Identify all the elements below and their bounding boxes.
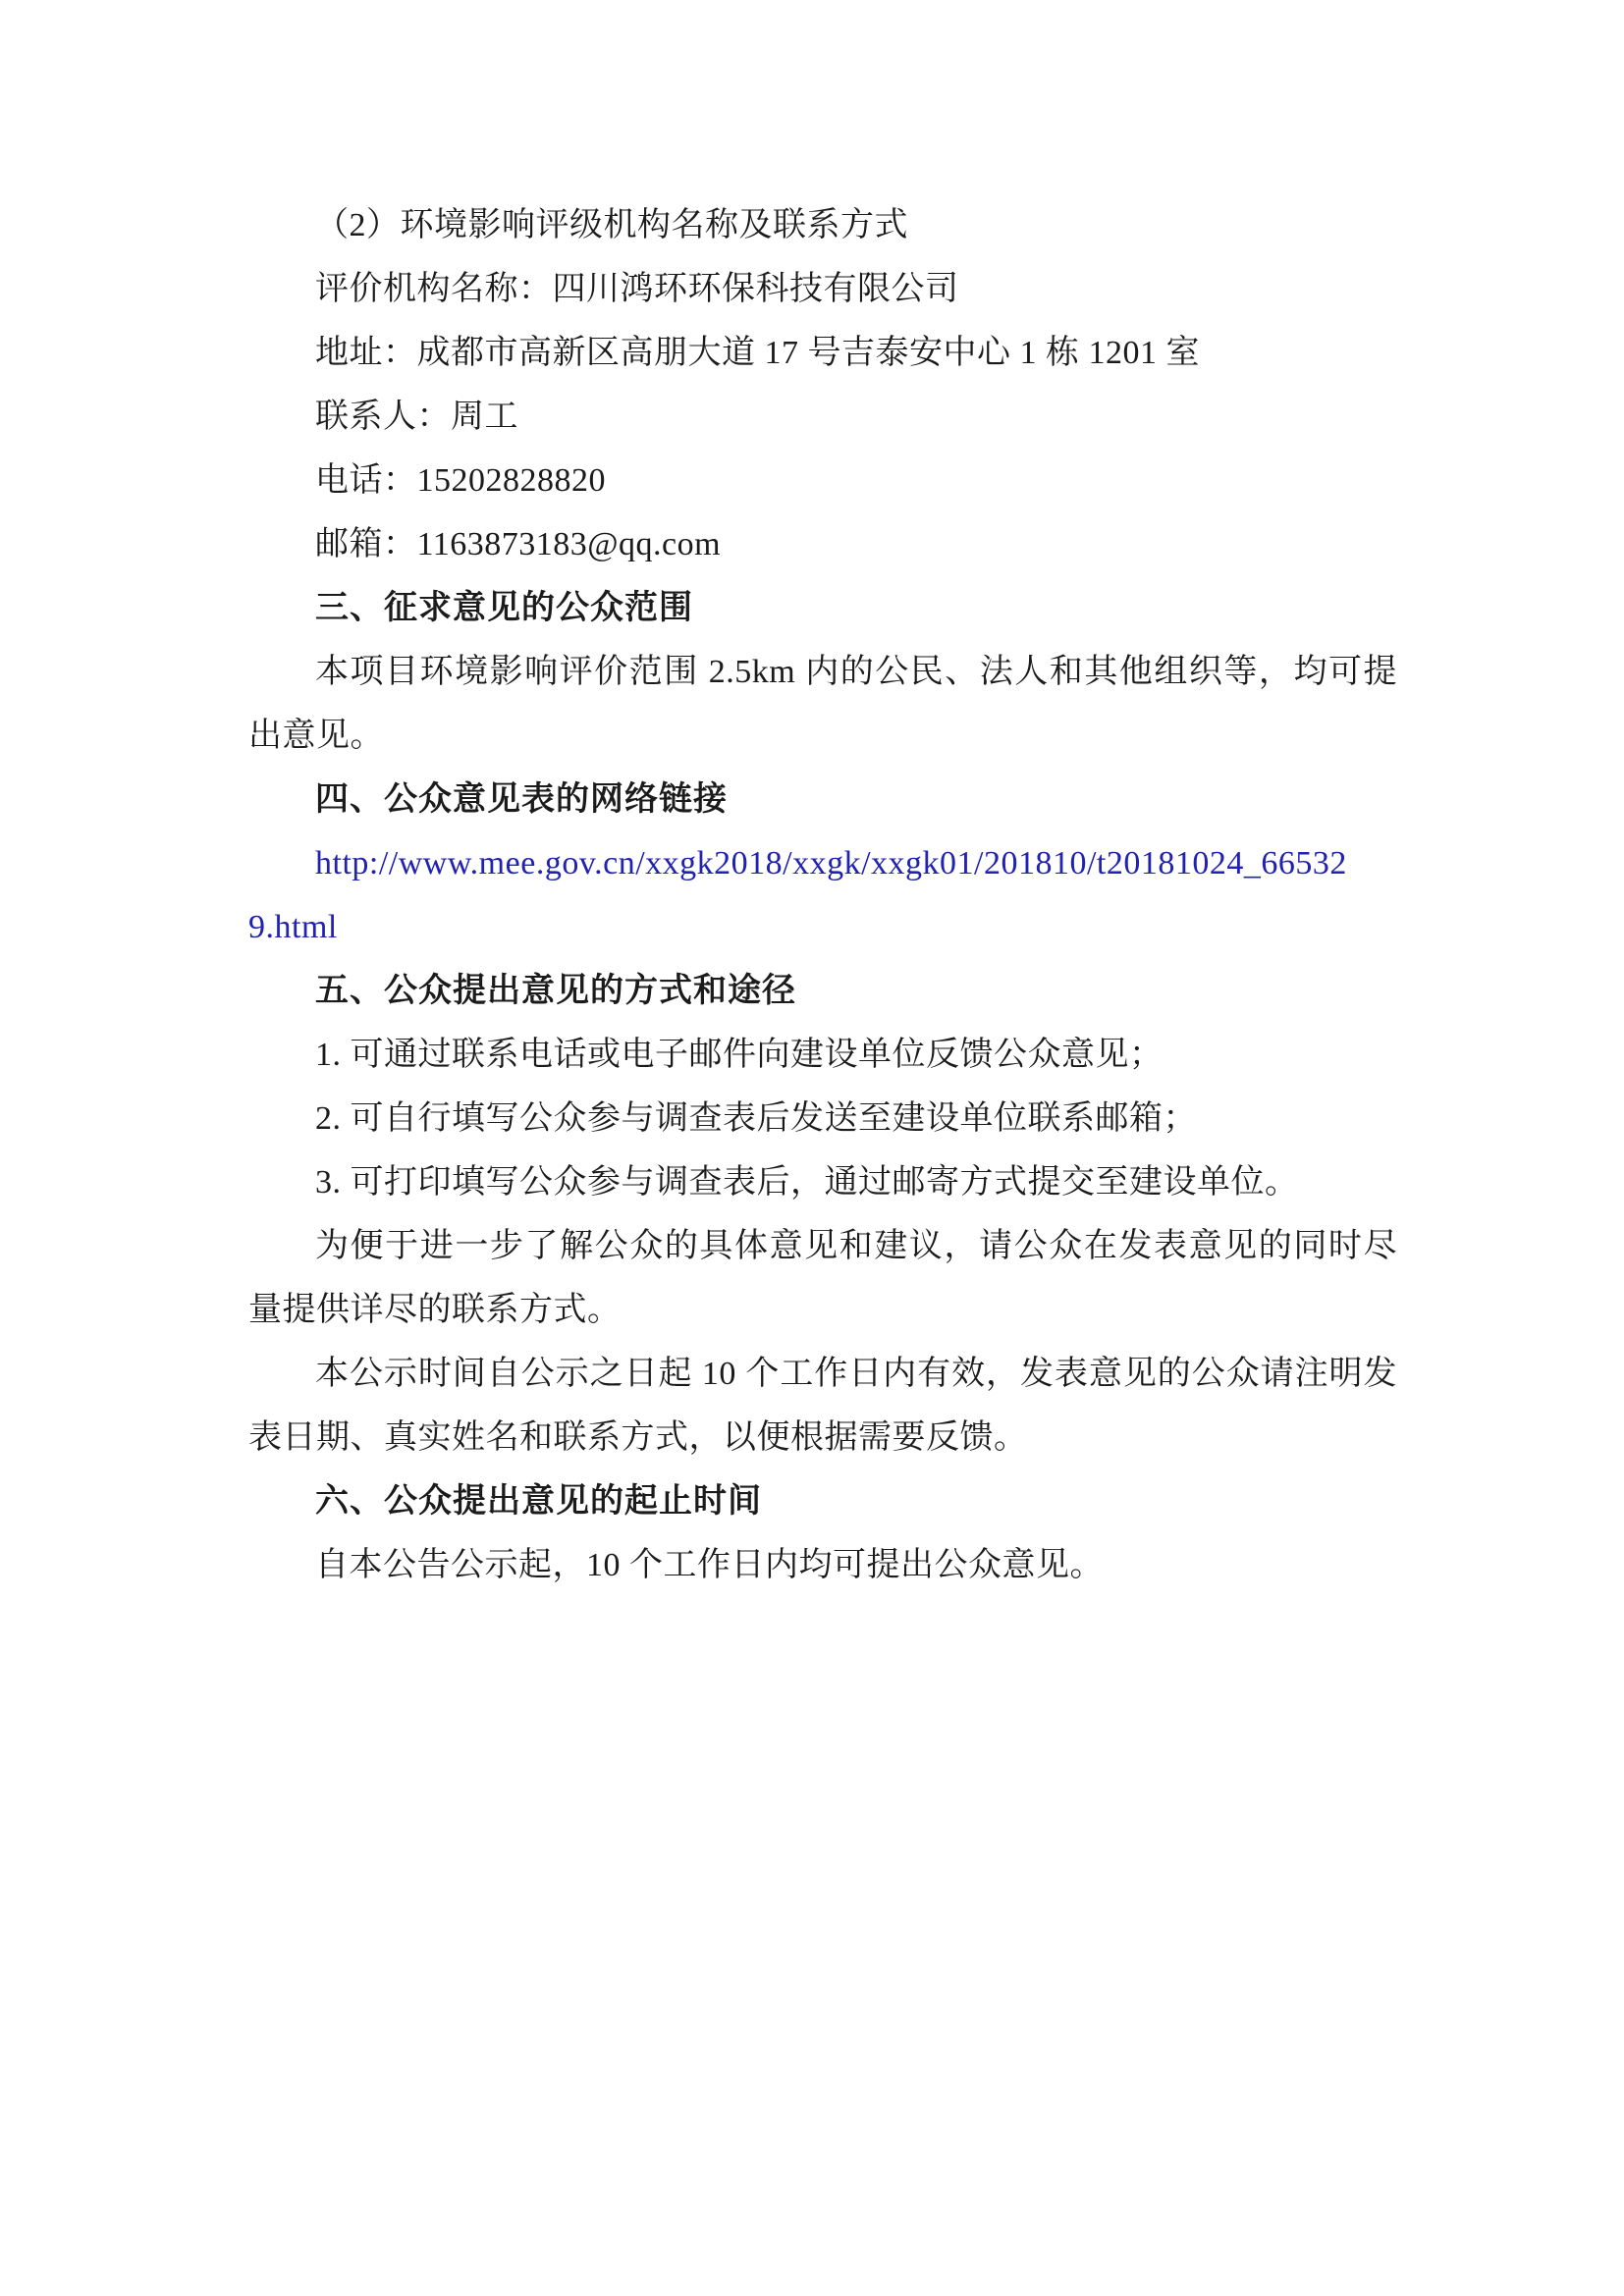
- agency-email-line: 邮箱：1163873183@qq.com: [248, 512, 1397, 576]
- section-4-heading: 四、公众意见表的网络链接: [248, 768, 1397, 831]
- agency-phone-line: 电话：15202828820: [248, 449, 1397, 512]
- link-line-2: 9.html: [248, 895, 1397, 959]
- agency-subheading: （2）环境影响评级机构名称及联系方式: [248, 193, 1397, 257]
- comment-method-item-1: 1. 可通过联系电话或电子邮件向建设单位反馈公众意见；: [248, 1023, 1397, 1087]
- public-comment-form-link[interactable]: http://www.mee.gov.cn/xxgk2018/xxgk/xxgk…: [248, 831, 1397, 959]
- comment-method-item-3: 3. 可打印填写公众参与调查表后，通过邮寄方式提交至建设单位。: [248, 1150, 1397, 1214]
- section-6-heading: 六、公众提出意见的起止时间: [248, 1469, 1397, 1533]
- section-3-heading: 三、征求意见的公众范围: [248, 576, 1397, 640]
- agency-name-line: 评价机构名称：四川鸿环环保科技有限公司: [248, 257, 1397, 321]
- comment-method-item-2: 2. 可自行填写公众参与调查表后发送至建设单位联系邮箱；: [248, 1087, 1397, 1150]
- agency-contact-person-line: 联系人：周工: [248, 385, 1397, 449]
- section-3-body: 本项目环境影响评价范围 2.5km 内的公民、法人和其他组织等，均可提出意见。: [248, 640, 1397, 768]
- link-line-1: http://www.mee.gov.cn/xxgk2018/xxgk/xxgk…: [248, 831, 1397, 895]
- section-6-body: 自本公告公示起，10 个工作日内均可提出公众意见。: [248, 1533, 1397, 1597]
- validity-period-note: 本公示时间自公示之日起 10 个工作日内有效，发表意见的公众请注明发表日期、真实…: [248, 1342, 1397, 1469]
- document-page: （2）环境影响评级机构名称及联系方式 评价机构名称：四川鸿环环保科技有限公司 地…: [0, 0, 1624, 2296]
- section-4-link-paragraph: http://www.mee.gov.cn/xxgk2018/xxgk/xxgk…: [248, 831, 1397, 959]
- agency-address-line: 地址：成都市高新区高朋大道 17 号吉泰安中心 1 栋 1201 室: [248, 321, 1397, 385]
- section-5-heading: 五、公众提出意见的方式和途径: [248, 959, 1397, 1023]
- feedback-detail-note: 为便于进一步了解公众的具体意见和建议，请公众在发表意见的同时尽量提供详尽的联系方…: [248, 1214, 1397, 1342]
